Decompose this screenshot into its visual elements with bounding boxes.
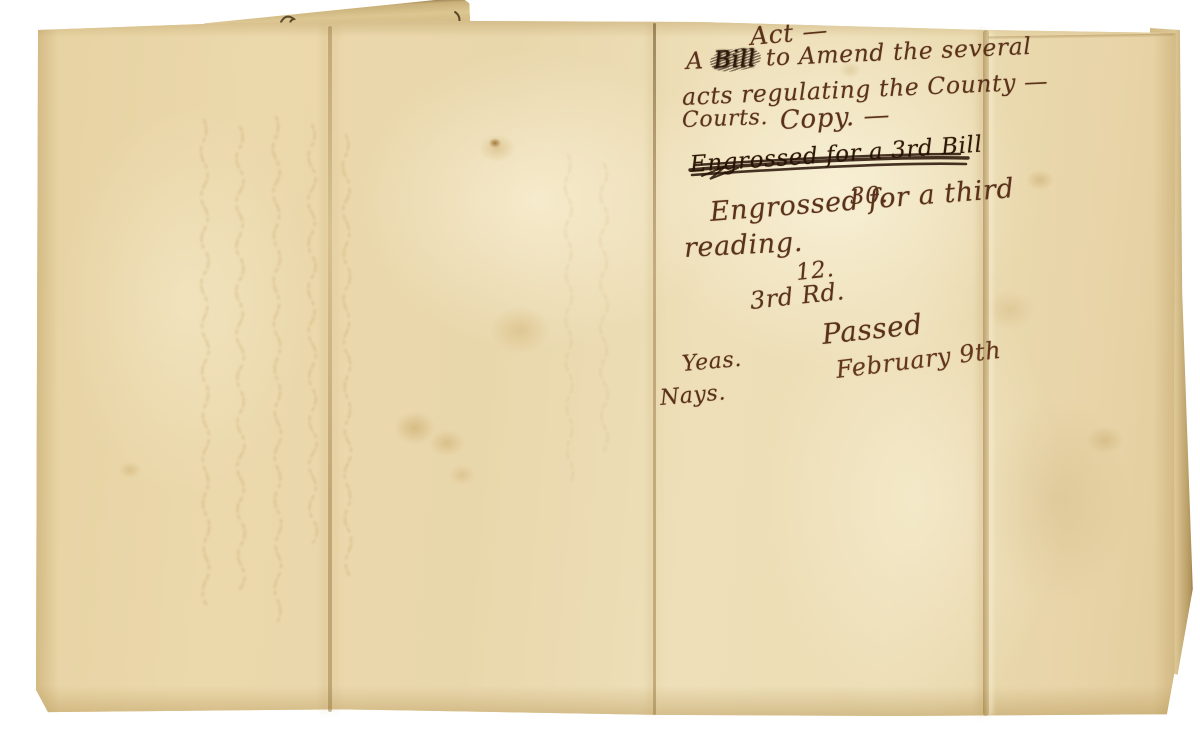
title-prefix: A bbox=[685, 46, 704, 75]
document-scan: Act — A Bill to Amend the several acts r… bbox=[0, 0, 1200, 731]
yeas-label: Yeas. bbox=[681, 347, 743, 377]
copy-annotation: Copy. — bbox=[779, 100, 891, 136]
engrossed-line-2: reading. bbox=[683, 227, 803, 264]
struck-word-bill: Bill bbox=[711, 44, 758, 74]
docket-title-line-3: Courts. bbox=[682, 105, 769, 133]
document-sheet bbox=[36, 20, 1176, 717]
